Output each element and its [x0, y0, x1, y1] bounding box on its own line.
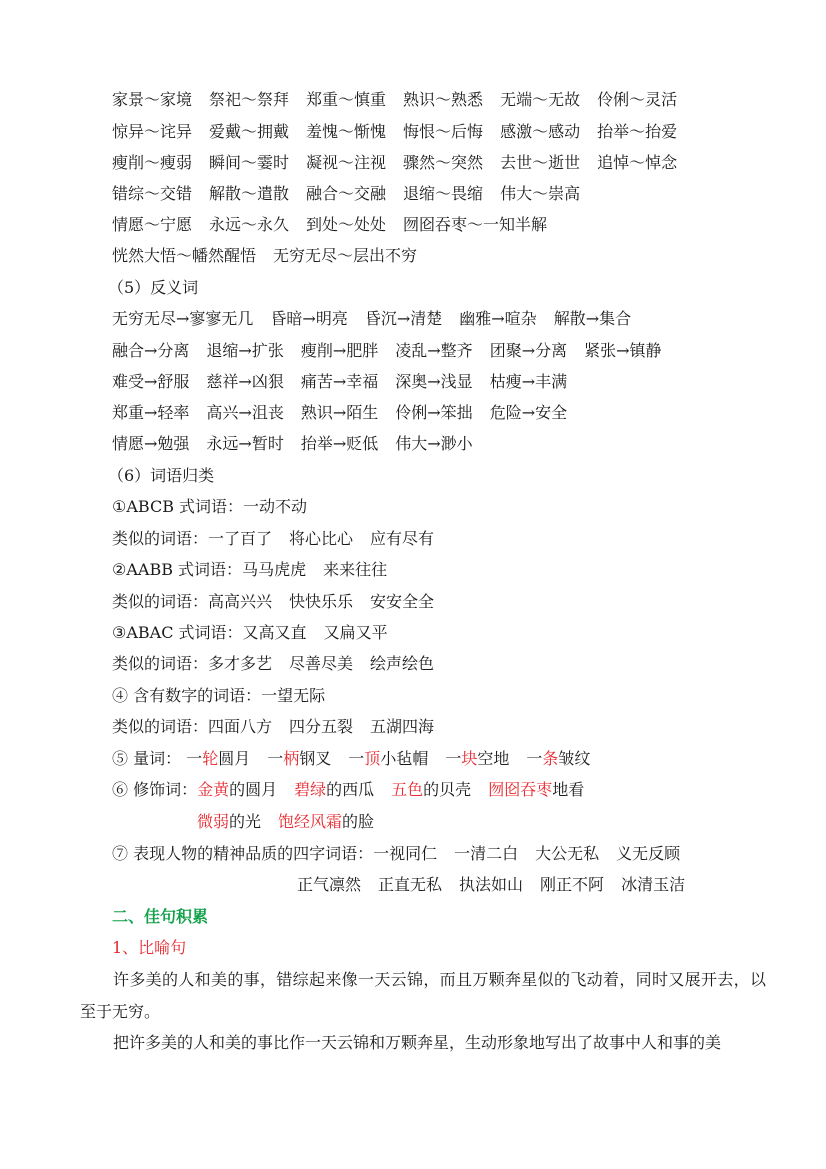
word-pair: 昏沉→清楚: [365, 309, 442, 328]
phrase-post: 小毡帽: [380, 749, 428, 768]
word-pair: 抬举～抬爱: [597, 122, 677, 141]
line-label: ①ABCB 式词语：: [112, 497, 243, 516]
numbers-similar-line: 类似的词语：四面八方四分五裂五湖四海: [112, 715, 434, 739]
measure-phrase: 一块空地: [445, 749, 509, 768]
word: 一望无际: [261, 686, 325, 705]
word: 来来往往: [323, 560, 387, 579]
word-pair: 情愿～宁愿: [112, 215, 192, 234]
highlight-word: 五色: [391, 780, 423, 799]
word-pair: 紧张→镇静: [584, 341, 661, 360]
word: 尽善尽美: [289, 654, 353, 673]
highlight-word: 碧绿: [294, 780, 326, 799]
word-pair: 解散～遣散: [209, 184, 289, 203]
word: 绘声绘色: [370, 654, 434, 673]
word-pair: 凝视～注视: [306, 153, 386, 172]
phrase-post: 的光: [229, 812, 261, 831]
classification-heading: （6）词语归类: [108, 464, 214, 488]
word-pair: 羞愧～惭愧: [306, 122, 386, 141]
word-pair: 情愿→勉强: [112, 434, 189, 453]
word: 高高兴兴: [208, 592, 272, 611]
antonyms-heading: （5）反义词: [108, 276, 198, 300]
word-pair: 高兴→沮丧: [206, 403, 283, 422]
modifiers-line-2: 微弱的光饱经风霜的脸: [197, 810, 374, 834]
word-pair: 深奥→浅显: [395, 372, 472, 391]
phrase-post: 的西瓜: [326, 780, 374, 799]
highlight-word: 柄: [283, 749, 299, 768]
word-pair: 惊异～诧异: [112, 122, 192, 141]
word: 一清二白: [454, 844, 518, 863]
word-pair: 昏暗→明亮: [270, 309, 347, 328]
word-pair: 瘦削→肥胖: [301, 341, 378, 360]
antonym-row: 难受→舒服慈祥→凶狠痛苦→幸福深奥→浅显枯瘦→丰满: [112, 370, 567, 394]
phrase-post: 地看: [552, 780, 584, 799]
phrase-pre: 一: [267, 749, 283, 768]
synonym-row: 错综～交错解散～遣散融合～交融退缩～畏缩伟大～崇高: [112, 182, 580, 206]
word-pair: 永远→暂时: [206, 434, 283, 453]
word-pair: 解散→集合: [554, 309, 631, 328]
word-pair: 伟大～崇高: [500, 184, 580, 203]
word-pair: 凌乱→整齐: [395, 341, 472, 360]
word: 快快乐乐: [289, 592, 353, 611]
phrase-pre: 一: [445, 749, 461, 768]
word: 五湖四海: [370, 717, 434, 736]
word: 冰清玉洁: [621, 875, 685, 894]
word-pair: 退缩→扩张: [206, 341, 283, 360]
character-words-line-2: 正气凛然正直无私执法如山刚正不阿冰清玉洁: [297, 873, 685, 897]
aabb-similar-line: 类似的词语：高高兴兴快快乐乐安安全全: [112, 590, 434, 614]
line-label: ④ 含有数字的词语：: [112, 686, 261, 705]
modifier-phrase: 碧绿的西瓜: [294, 780, 374, 799]
modifier-phrase: 五色的贝壳: [391, 780, 471, 799]
numbers-line: ④ 含有数字的词语：一望无际: [112, 684, 325, 708]
section-heading: 二、佳句积累: [112, 905, 208, 929]
word-pair: 去世～逝世: [500, 153, 580, 172]
word-pair: 感激～感动: [500, 122, 580, 141]
phrase-post: 的圆月: [229, 780, 277, 799]
word-pair: 郑重～慎重: [306, 90, 386, 109]
character-words-line: ⑦ 表现人物的精神品质的四字词语：一视同仁一清二白大公无私义无反顾: [112, 842, 680, 866]
word-pair: 退缩～畏缩: [403, 184, 483, 203]
word-pair: 永远～永久: [209, 215, 289, 234]
line-label: 类似的词语：: [112, 717, 208, 736]
phrase-post: 空地: [477, 749, 509, 768]
word-pair: 抬举→贬低: [301, 434, 378, 453]
word-pair: 伟大→渺小: [395, 434, 472, 453]
modifier-phrase: 金黄的圆月: [197, 780, 277, 799]
synonym-row: 家景～家境祭祀～祭拜郑重～慎重熟识～熟悉无端～无故伶俐～灵活: [112, 88, 677, 112]
word-pair: 到处～处处: [306, 215, 386, 234]
synonym-row: 瘦削～瘦弱瞬间～霎时凝视～注视骤然～突然去世～逝世追悼～悼念: [112, 151, 677, 175]
word-pair: 恍然大悟～幡然醒悟: [112, 246, 256, 265]
word: 四面八方: [208, 717, 272, 736]
line-label: ③ABAC 式词语：: [112, 623, 243, 642]
aabb-line: ②AABB 式词语：马马虎虎来来往往: [112, 558, 387, 582]
phrase-post: 圆月: [218, 749, 250, 768]
line-label: 类似的词语：: [112, 592, 208, 611]
synonym-row: 惊异～诧异爱戴～拥戴羞愧～惭愧悔恨～后悔感激～感动抬举～抬爱: [112, 120, 677, 144]
word: 大公无私: [535, 844, 599, 863]
phrase-post: 皱纹: [558, 749, 590, 768]
word-pair: 囫囵吞枣～一知半解: [403, 215, 547, 234]
word-pair: 错综～交错: [112, 184, 192, 203]
word: 一动不动: [243, 497, 307, 516]
word-pair: 难受→舒服: [112, 372, 189, 391]
line-label: ⑦ 表现人物的精神品质的四字词语：: [112, 844, 373, 863]
word-pair: 团聚→分离: [490, 341, 567, 360]
word-pair: 伶俐→笨拙: [395, 403, 472, 422]
document-page: 家景～家境祭祀～祭拜郑重～慎重熟识～熟悉无端～无故伶俐～灵活 惊异～诧异爱戴～拥…: [0, 0, 826, 1169]
word: 执法如山: [459, 875, 523, 894]
word: 一视同仁: [373, 844, 437, 863]
word-pair: 无穷无尽→寥寥无几: [112, 309, 253, 328]
abcb-similar-line: 类似的词语：一了百了将心比心应有尽有: [112, 527, 434, 551]
antonym-row: 无穷无尽→寥寥无几昏暗→明亮昏沉→清楚幽雅→喧杂解散→集合: [112, 307, 631, 331]
line-label: 类似的词语：: [112, 529, 208, 548]
line-label: ②AABB 式词语：: [112, 560, 242, 579]
antonym-row: 郑重→轻率高兴→沮丧熟识→陌生伶俐→笨拙危险→安全: [112, 401, 567, 425]
measure-words-line: ⑤ 量词： 一轮圆月一柄钢叉一顶小毡帽一块空地一条皱纹: [112, 747, 590, 771]
highlight-word: 囫囵吞枣: [488, 780, 552, 799]
word-pair: 枯瘦→丰满: [490, 372, 567, 391]
synonym-row: 情愿～宁愿永远～永久到处～处处囫囵吞枣～一知半解: [112, 213, 547, 237]
highlight-word: 块: [461, 749, 477, 768]
word: 马马虎虎: [242, 560, 306, 579]
word-pair: 无穷无尽～层出不穷: [273, 246, 417, 265]
measure-phrase: 一顶小毡帽: [348, 749, 428, 768]
phrase-pre: 一: [186, 749, 202, 768]
word: 正气凛然: [297, 875, 361, 894]
modifier-phrase: 囫囵吞枣地看: [488, 780, 584, 799]
word-pair: 家景～家境: [112, 90, 192, 109]
phrase-post: 的贝壳: [423, 780, 471, 799]
analysis-paragraph: 把许多美的人和美的事比作一天云锦和万颗奔星，生动形象地写出了故事中人和事的美: [80, 1027, 766, 1059]
measure-phrase: 一条皱纹: [526, 749, 590, 768]
phrase-post: 钢叉: [299, 749, 331, 768]
word-pair: 危险→安全: [490, 403, 567, 422]
word: 又高又直: [243, 623, 307, 642]
word-pair: 痛苦→幸福: [301, 372, 378, 391]
word: 四分五裂: [289, 717, 353, 736]
word-pair: 瞬间～霎时: [209, 153, 289, 172]
word-pair: 熟识～熟悉: [403, 90, 483, 109]
highlight-word: 轮: [202, 749, 218, 768]
word: 义无反顾: [616, 844, 680, 863]
line-label: ⑥ 修饰词：: [112, 780, 197, 799]
word-pair: 悔恨～后悔: [403, 122, 483, 141]
word-pair: 无端～无故: [500, 90, 580, 109]
highlight-word: 微弱: [197, 812, 229, 831]
word-pair: 融合～交融: [306, 184, 386, 203]
measure-phrase: 一柄钢叉: [267, 749, 331, 768]
phrase-pre: 一: [348, 749, 364, 768]
word-pair: 祭祀～祭拜: [209, 90, 289, 109]
abcb-line: ①ABCB 式词语：一动不动: [112, 495, 307, 519]
phrase-post: 的脸: [342, 812, 374, 831]
word: 应有尽有: [370, 529, 434, 548]
word: 将心比心: [289, 529, 353, 548]
antonym-row: 情愿→勉强永远→暂时抬举→贬低伟大→渺小: [112, 432, 473, 456]
phrase-pre: 一: [526, 749, 542, 768]
modifier-phrase: 饱经风霜的脸: [278, 812, 374, 831]
word-pair: 伶俐～灵活: [597, 90, 677, 109]
word-pair: 熟识→陌生: [301, 403, 378, 422]
highlight-word: 饱经风霜: [278, 812, 342, 831]
word: 一了百了: [208, 529, 272, 548]
abac-line: ③ABAC 式词语：又高又直又扁又平: [112, 621, 388, 645]
word-pair: 追悼～悼念: [597, 153, 677, 172]
word: 多才多艺: [208, 654, 272, 673]
modifiers-line: ⑥ 修饰词：金黄的圆月碧绿的西瓜五色的贝壳囫囵吞枣地看: [112, 778, 584, 802]
word-pair: 慈祥→凶狠: [206, 372, 283, 391]
word-pair: 郑重→轻率: [112, 403, 189, 422]
word-pair: 瘦削～瘦弱: [112, 153, 192, 172]
example-sentence: 许多美的人和美的事，错综起来像一天云锦，而且万颗奔星似的飞动着，同时又展开去，以…: [80, 964, 766, 1027]
highlight-word: 金黄: [197, 780, 229, 799]
word-pair: 幽雅→喧杂: [459, 309, 536, 328]
highlight-word: 顶: [364, 749, 380, 768]
synonym-row: 恍然大悟～幡然醒悟无穷无尽～层出不穷: [112, 244, 417, 268]
word-pair: 骤然～突然: [403, 153, 483, 172]
subsection-heading: 1、比喻句: [112, 936, 186, 960]
antonym-row: 融合→分离退缩→扩张瘦削→肥胖凌乱→整齐团聚→分离紧张→镇静: [112, 339, 662, 363]
line-label: ⑤ 量词：: [112, 749, 181, 768]
word-pair: 融合→分离: [112, 341, 189, 360]
word: 安安全全: [370, 592, 434, 611]
abac-similar-line: 类似的词语：多才多艺尽善尽美绘声绘色: [112, 652, 434, 676]
word: 刚正不阿: [540, 875, 604, 894]
word: 正直无私: [378, 875, 442, 894]
line-label: 类似的词语：: [112, 654, 208, 673]
word: 又扁又平: [324, 623, 388, 642]
modifier-phrase: 微弱的光: [197, 812, 261, 831]
measure-phrase: 一轮圆月: [186, 749, 250, 768]
highlight-word: 条: [542, 749, 558, 768]
word-pair: 爱戴～拥戴: [209, 122, 289, 141]
